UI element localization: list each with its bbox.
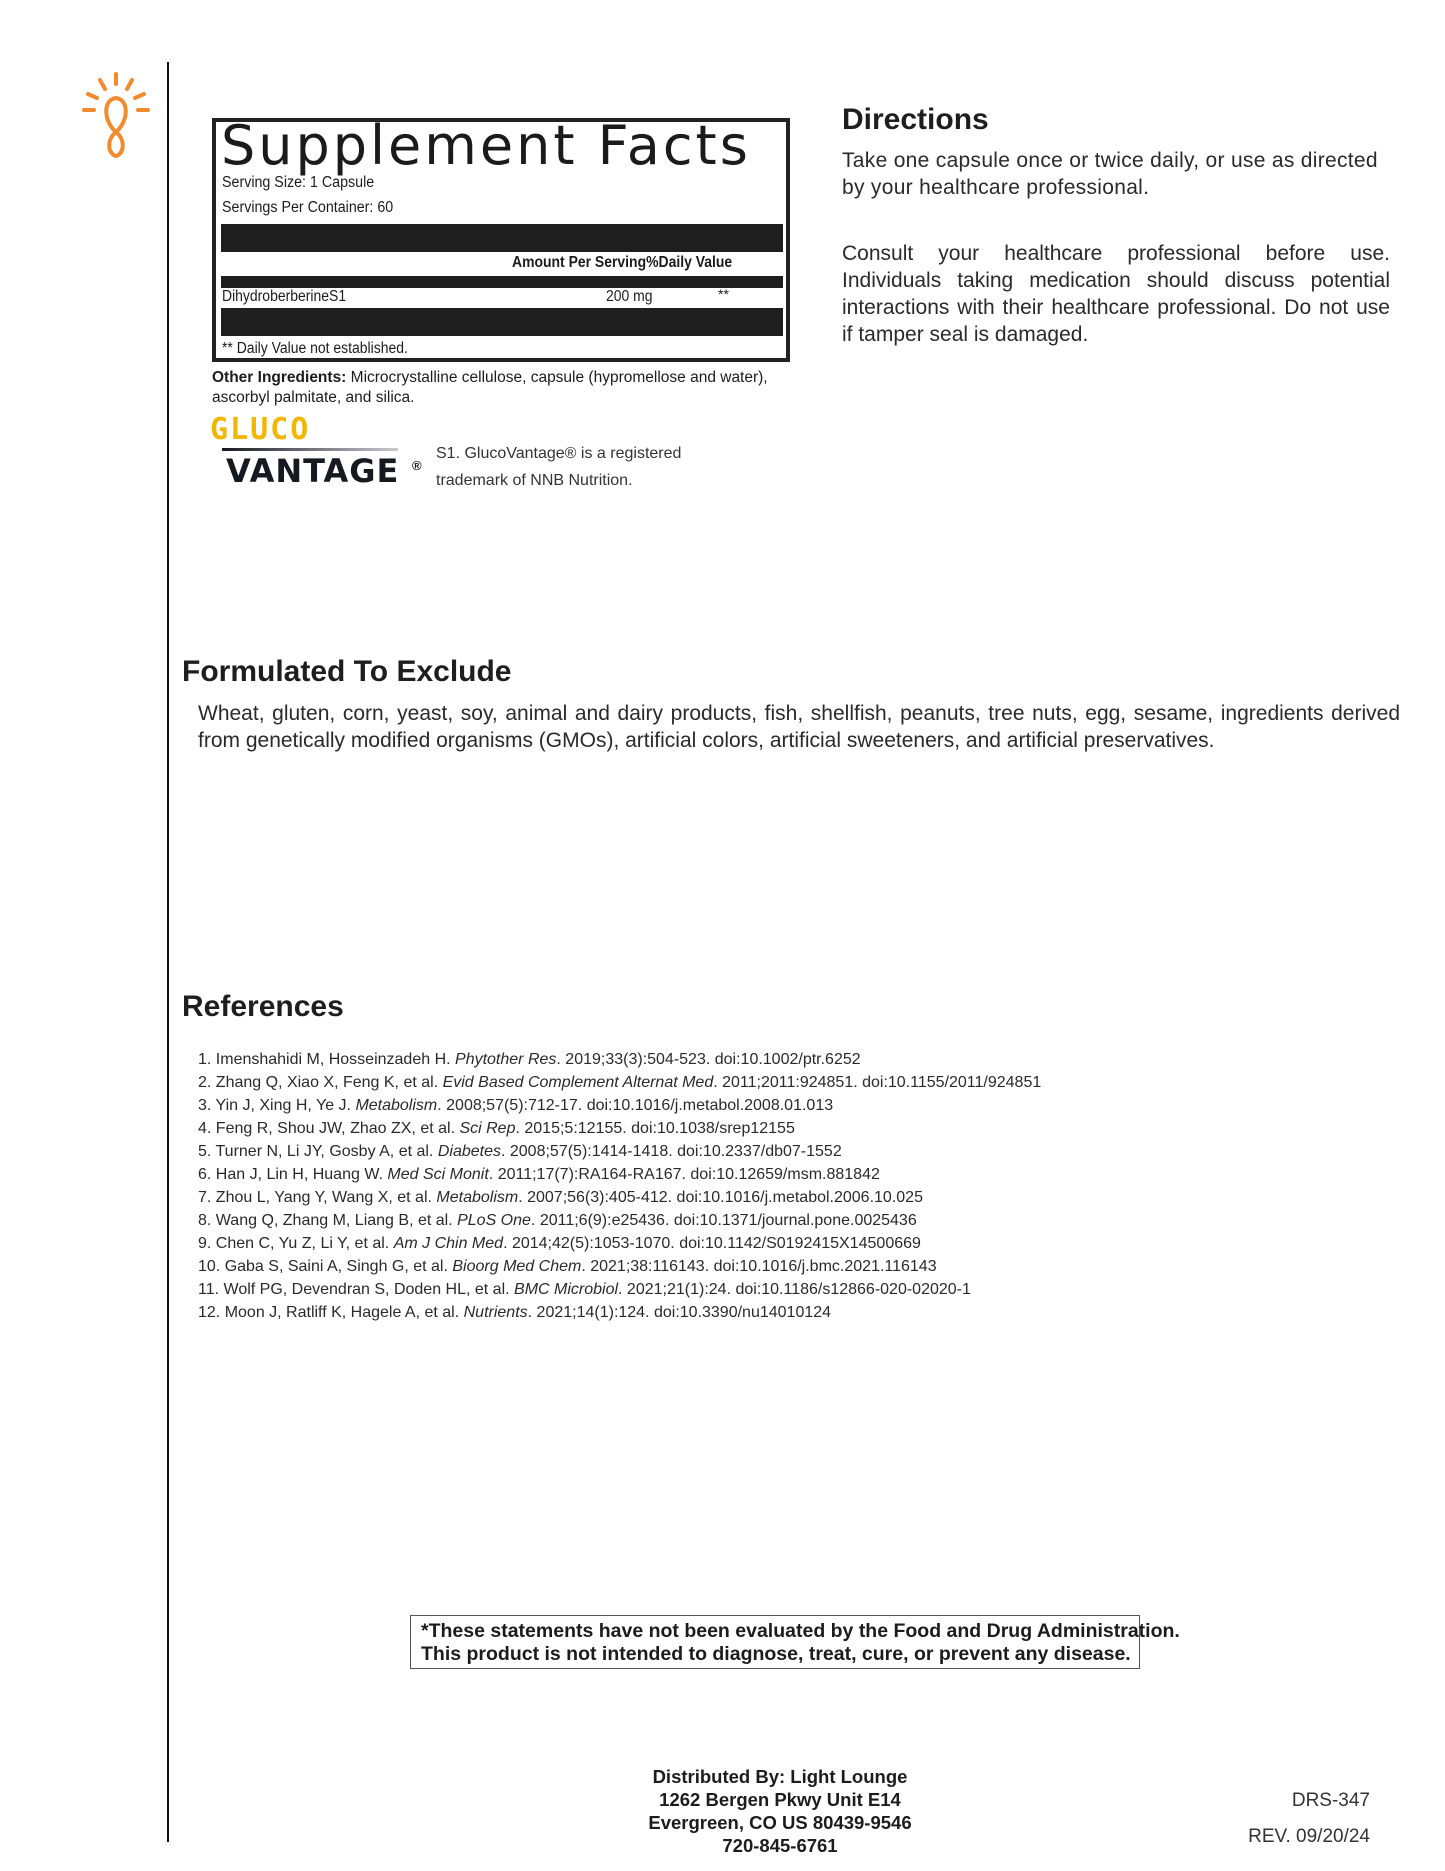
supplement-facts-panel: Supplement Facts Serving Size: 1 Capsule… <box>212 118 790 362</box>
formulated-to-exclude-text: Wheat, gluten, corn, yeast, soy, animal … <box>198 700 1400 754</box>
directions-heading: Directions <box>842 103 989 137</box>
reference-item: 8. Wang Q, Zhang M, Liang B, et al. PLoS… <box>198 1209 1041 1232</box>
divider-bar <box>221 276 783 288</box>
references-heading: References <box>182 990 344 1024</box>
revision-date: REV. 09/20/24 <box>1248 1826 1370 1848</box>
trademark-note-line: trademark of NNB Nutrition. <box>436 467 681 494</box>
distributor-phone: 720-845-6761 <box>630 1834 930 1857</box>
ingredient-amount: 200 mg <box>606 288 653 306</box>
vantage-wordmark: VANTAGE <box>226 452 399 490</box>
reference-item: 10. Gaba S, Saini A, Singh G, et al. Bio… <box>198 1255 1041 1278</box>
registered-mark: ® <box>412 458 422 473</box>
reference-item: 5. Turner N, Li JY, Gosby A, et al. Diab… <box>198 1140 1041 1163</box>
references-list: 1. Imenshahidi M, Hosseinzadeh H. Phytot… <box>198 1048 1041 1324</box>
other-ingredients: Other Ingredients: Microcrystalline cell… <box>212 368 792 408</box>
divider-bar <box>221 308 783 336</box>
reference-item: 3. Yin J, Xing H, Ye J. Metabolism. 2008… <box>198 1094 1041 1117</box>
ingredient-daily-value: ** <box>718 286 729 302</box>
swoosh-line <box>222 448 398 451</box>
other-ingredients-label: Other Ingredients: <box>212 369 346 386</box>
fda-disclaimer: *These statements have not been evaluate… <box>421 1620 1180 1666</box>
glucovantage-logo: GLUCO VANTAGE ® <box>210 412 430 490</box>
distributor-city: Evergreen, CO US 80439-9546 <box>630 1811 930 1834</box>
supplement-facts-title: Supplement Facts <box>221 114 751 177</box>
servings-per-container: Servings Per Container: 60 <box>222 199 393 217</box>
distributor-address: 1262 Bergen Pkwy Unit E14 <box>630 1788 930 1811</box>
fda-disclaimer-line: *These statements have not been evaluate… <box>421 1620 1180 1643</box>
reference-item: 7. Zhou L, Yang Y, Wang X, et al. Metabo… <box>198 1186 1041 1209</box>
distributor-info: Distributed By: Light Lounge 1262 Bergen… <box>630 1765 930 1857</box>
fda-disclaimer-line: This product is not intended to diagnose… <box>421 1643 1180 1666</box>
reference-item: 4. Feng R, Shou JW, Zhao ZX, et al. Sci … <box>198 1117 1041 1140</box>
divider-bar <box>221 224 783 252</box>
lightbulb-infinity-icon <box>78 70 154 160</box>
reference-item: 11. Wolf PG, Devendran S, Doden HL, et a… <box>198 1278 1041 1301</box>
ingredient-name: DihydroberberineS1 <box>222 288 346 306</box>
column-header: Amount Per Serving%Daily Value <box>512 254 732 272</box>
reference-item: 2. Zhang Q, Xiao X, Feng K, et al. Evid … <box>198 1071 1041 1094</box>
product-code: DRS-347 <box>1292 1790 1370 1812</box>
reference-item: 1. Imenshahidi M, Hosseinzadeh H. Phytot… <box>198 1048 1041 1071</box>
gluco-wordmark: GLUCO <box>210 412 310 447</box>
reference-item: 6. Han J, Lin H, Huang W. Med Sci Monit.… <box>198 1163 1041 1186</box>
distributor-name: Distributed By: Light Lounge <box>630 1765 930 1788</box>
reference-item: 12. Moon J, Ratliff K, Hagele A, et al. … <box>198 1301 1041 1324</box>
directions-warning: Consult your healthcare professional bef… <box>842 240 1390 348</box>
serving-size: Serving Size: 1 Capsule <box>222 174 374 192</box>
formulated-to-exclude-heading: Formulated To Exclude <box>182 655 512 689</box>
trademark-note-line: S1. GlucoVantage® is a registered <box>436 440 681 467</box>
trademark-note: S1. GlucoVantage® is a registered tradem… <box>436 440 681 494</box>
daily-value-footnote: ** Daily Value not established. <box>222 340 408 358</box>
reference-item: 9. Chen C, Yu Z, Li Y, et al. Am J Chin … <box>198 1232 1041 1255</box>
directions-text: Take one capsule once or twice daily, or… <box>842 147 1387 201</box>
margin-divider-line <box>167 62 169 1842</box>
